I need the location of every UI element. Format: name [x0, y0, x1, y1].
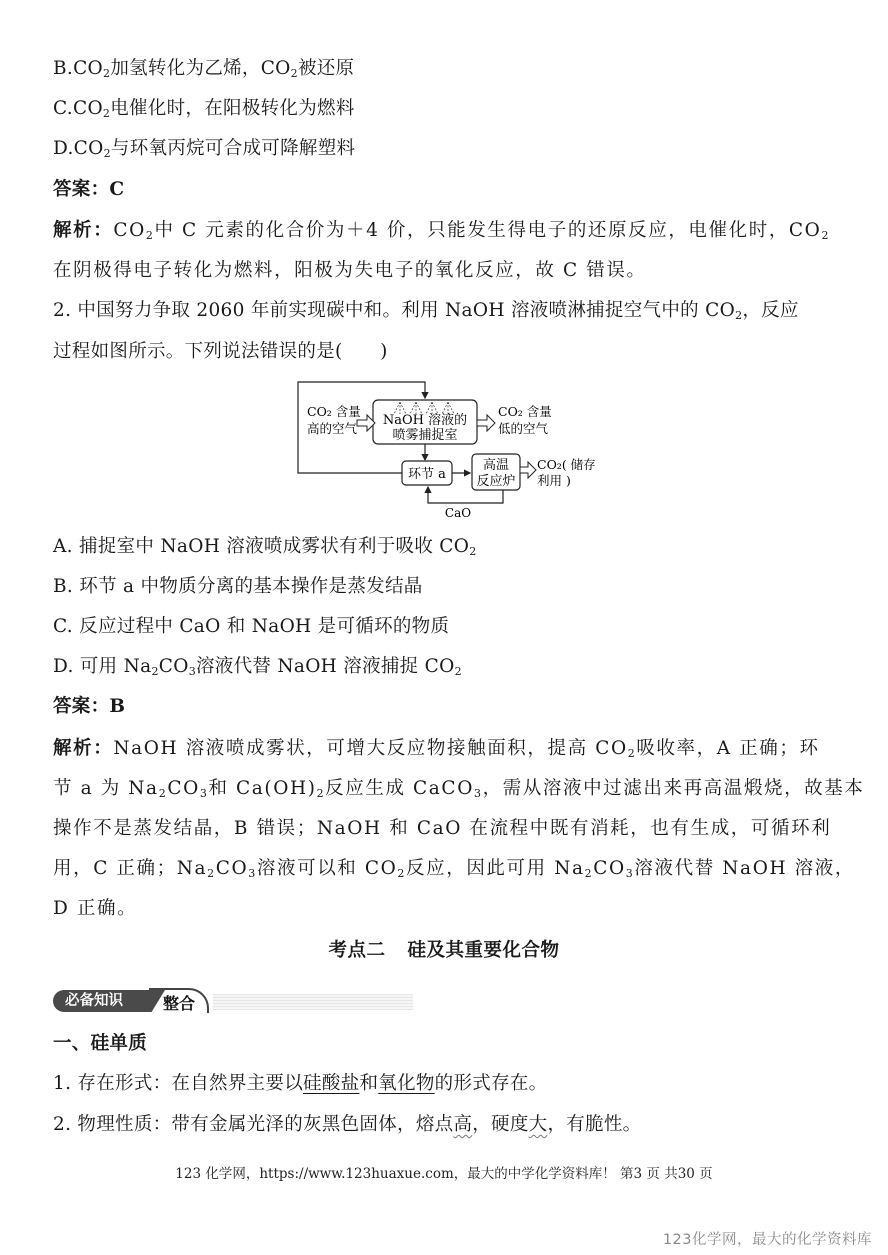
q1-option-c: C.CO2电催化时，在阳极转化为燃料	[53, 97, 355, 121]
q1-option-d: D.CO2与环氧丙烷可合成可降解塑料	[53, 137, 355, 161]
svg-text:反应炉: 反应炉	[476, 473, 515, 489]
output-arrow-icon	[477, 415, 495, 431]
svg-text:低的空气: 低的空气	[498, 421, 549, 436]
badge-stripe-decoration	[213, 994, 413, 1010]
q2-stem-line-1: 2. 中国努力争取 2060 年前实现碳中和。利用 NaOH 溶液喷淋捕捉空气中…	[53, 299, 799, 323]
q1-answer: 答案：C	[53, 178, 124, 202]
badge-dark-label: 必备知识	[53, 990, 165, 1012]
q1-analysis-line-2: 在阴极得电子转化为燃料，阳极为失电子的氧化反应，故 C 错误。	[53, 259, 647, 283]
q2-analysis-line-4: 用，C 正确；Na2CO3溶液可以和 CO2反应，因此可用 Na2CO3溶液代替…	[53, 857, 855, 881]
q2-analysis-line-1: 解析：NaOH 溶液喷成雾状，可增大反应物接触面积，提高 CO2吸收率，A 正确…	[53, 737, 820, 761]
q2-stem-line-2: 过程如图所示。下列说法错误的是( )	[53, 340, 388, 364]
svg-text:NaOH 溶液的: NaOH 溶液的	[383, 412, 467, 428]
svg-text:CO₂ 含量: CO₂ 含量	[498, 404, 552, 419]
subsection-heading: 一、硅单质	[53, 1032, 147, 1056]
svg-text:CO₂( 储存: CO₂( 储存	[537, 457, 596, 472]
svg-text:喷雾捕捉室: 喷雾捕捉室	[392, 427, 457, 443]
q2-option-a: A. 捕捉室中 NaOH 溶液喷成雾状有利于吸收 CO2	[53, 535, 477, 559]
q2-answer: 答案：B	[53, 695, 125, 719]
q2-analysis-line-3: 操作不是蒸发结晶，B 错误；NaOH 和 CaO 在流程中既有消耗，也有生成，可…	[53, 817, 831, 841]
svg-text:利用 ): 利用 )	[537, 473, 571, 488]
silicon-item-1: 1. 存在形式：在自然界主要以硅酸盐和氧化物的形式存在。	[53, 1072, 547, 1096]
section-title: 考点二硅及其重要化合物	[0, 936, 888, 962]
q1-analysis-line-1: 解析：CO2中 C 元素的化合价为＋4 价，只能发生得电子的还原反应，电催化时，…	[53, 219, 830, 243]
co2-capture-flow-diagram: NaOH 溶液的 喷雾捕捉室 CO₂ 含量 高的空气 CO₂ 含量 低的空气 环…	[295, 378, 610, 523]
product-arrow-icon	[520, 462, 536, 478]
q2-analysis-line-5: D 正确。	[53, 897, 137, 921]
svg-text:高温: 高温	[483, 457, 509, 473]
q2-analysis-line-2: 节 a 为 Na2CO3和 Ca(OH)2反应生成 CaCO3，需从溶液中过滤出…	[53, 777, 864, 801]
q2-option-b: B. 环节 a 中物质分离的基本操作是蒸发结晶	[53, 575, 423, 599]
svg-text:CaO: CaO	[445, 506, 471, 520]
knowledge-badge: 整合 必备知识	[53, 988, 413, 1014]
svg-text:CO₂ 含量: CO₂ 含量	[307, 404, 361, 419]
q2-option-c: C. 反应过程中 CaO 和 NaOH 是可循环的物质	[53, 615, 449, 639]
page-footer: 123 化学网，https://www.123huaxue.com，最大的中学化…	[0, 1162, 888, 1182]
watermark: 123化学网，最大的化学资料库	[663, 1228, 872, 1249]
svg-text:环节 a: 环节 a	[408, 466, 446, 482]
q1-option-b: B.CO2加氢转化为乙烯，CO2被还原	[53, 57, 354, 81]
silicon-item-2: 2. 物理性质：带有金属光泽的灰黑色固体，熔点高，硬度大，有脆性。	[53, 1113, 641, 1137]
svg-text:高的空气: 高的空气	[307, 421, 358, 436]
q2-option-d: D. 可用 Na2CO3溶液代替 NaOH 溶液捕捉 CO2	[53, 655, 462, 679]
